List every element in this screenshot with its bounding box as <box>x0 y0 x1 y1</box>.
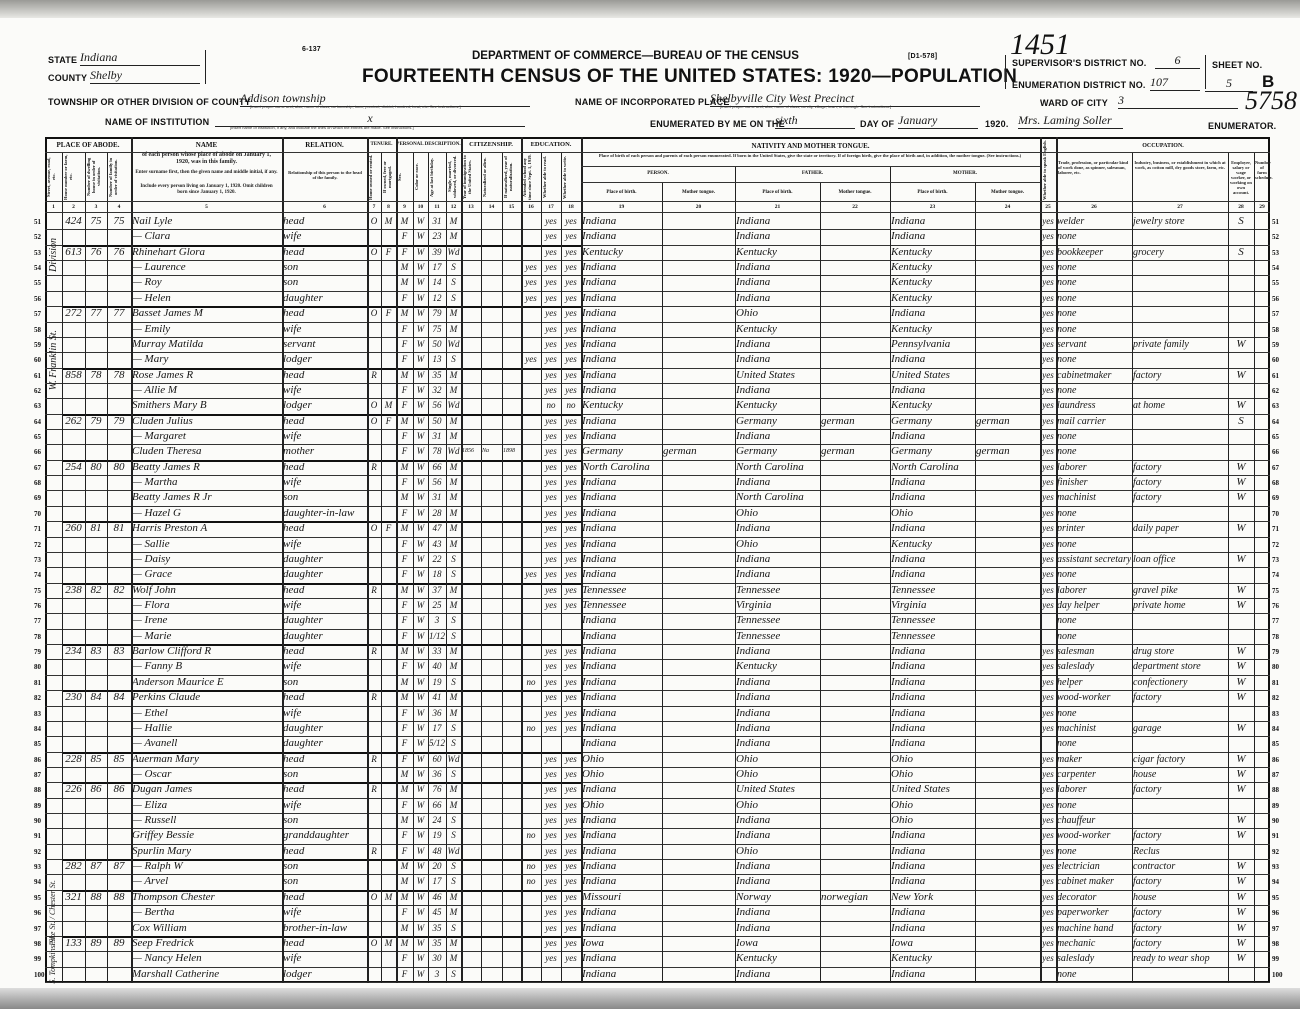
cell-own: R <box>368 782 380 797</box>
cell-read: yes <box>542 537 560 552</box>
header-rule <box>45 201 1270 202</box>
line-number: 98 <box>34 940 41 948</box>
cell-ms: M <box>447 905 460 920</box>
cell-mpob: Ohio <box>891 752 974 767</box>
cell-dw: 77 <box>86 306 106 321</box>
line-number-right: 93 <box>1272 863 1279 871</box>
cell-trade: none <box>1057 537 1131 552</box>
cell-mpob: Ohio <box>891 506 974 521</box>
street-annotation: W. Franklin St. <box>48 330 59 390</box>
cell-race: W <box>414 706 427 721</box>
cell-house: 321 <box>63 890 84 905</box>
cell-sex: F <box>397 537 412 552</box>
cell-emp: W <box>1229 752 1253 767</box>
cell-eng: yes <box>1041 644 1055 659</box>
cell-write: yes <box>562 306 580 321</box>
cell-fpob: Indiana <box>736 521 819 536</box>
group-relation: RELATION. <box>282 141 367 149</box>
sub-column-header: Naturalized or alien. <box>482 154 501 200</box>
line-number: 93 <box>34 863 41 871</box>
cell-name: Dugan James <box>132 782 281 797</box>
father-mt-header: Mother tongue. <box>820 189 890 197</box>
cell-rel: mother <box>283 444 366 459</box>
cell-emp: W <box>1229 460 1253 475</box>
cell-eng: yes <box>1041 859 1055 874</box>
line-number-right: 68 <box>1272 479 1279 487</box>
sheet-label: SHEET NO. <box>1212 60 1262 70</box>
line-number: 66 <box>34 448 41 456</box>
cell-sex: F <box>397 444 412 459</box>
cell-mort: F <box>382 306 395 321</box>
cell-pob: Indiana <box>582 567 661 582</box>
cell-sex: F <box>397 706 412 721</box>
cell-read: yes <box>542 521 560 536</box>
cell-sex: F <box>397 752 412 767</box>
cell-rel: son <box>283 874 366 889</box>
cell-fpob: Tennessee <box>736 613 819 628</box>
cell-trade: salesman <box>1057 644 1131 659</box>
line-number: 92 <box>34 848 41 856</box>
cell-sch: no <box>522 675 540 690</box>
cell-ms: Wd <box>447 752 460 767</box>
cell-fam: 87 <box>108 859 130 874</box>
cell-sex: F <box>397 951 412 966</box>
cell-mpob: Tennessee <box>891 583 974 598</box>
cell-rel: daughter-in-law <box>283 506 366 521</box>
cell-emp: W <box>1229 921 1253 936</box>
line-number-right: 99 <box>1272 955 1279 963</box>
cell-ms: M <box>447 475 460 490</box>
institution-label: NAME OF INSTITUTION <box>105 117 209 127</box>
cell-name: — Bertha <box>132 905 281 920</box>
cell-mort: F <box>382 414 395 429</box>
cell-pob: Ohio <box>582 798 661 813</box>
cell-trade: none <box>1057 322 1131 337</box>
industry-header: Industry, business, or establishment in … <box>1134 160 1226 170</box>
person-mt-header: Mother tongue. <box>662 189 735 197</box>
column-number: 2 <box>62 204 85 210</box>
cell-mpob: Ohio <box>891 767 974 782</box>
cell-eng: yes <box>1041 383 1055 398</box>
cell-write: yes <box>562 798 580 813</box>
cell-read: yes <box>542 337 560 352</box>
line-number: 74 <box>34 571 41 579</box>
cell-sex: M <box>397 782 412 797</box>
cell-mpob: Indiana <box>891 690 974 705</box>
line-number: 99 <box>34 955 41 963</box>
line-number-right: 100 <box>1272 971 1283 979</box>
cell-write: yes <box>562 644 580 659</box>
cell-sex: M <box>397 275 412 290</box>
cell-mpob: Indiana <box>891 214 974 229</box>
cell-ms: Wd <box>447 398 460 413</box>
cell-rel: head <box>283 890 366 905</box>
cell-own: O <box>368 521 380 536</box>
cell-emp: S <box>1229 214 1253 229</box>
cell-write: yes <box>562 521 580 536</box>
stamp-number: 5758 <box>1245 86 1297 116</box>
cell-fpob: Germany <box>736 414 819 429</box>
cell-ms: M <box>447 214 460 229</box>
cell-eng: yes <box>1041 782 1055 797</box>
header-rule <box>581 182 1040 183</box>
cell-name: Barlow Clifford R <box>132 644 281 659</box>
cell-rel: brother-in-law <box>283 921 366 936</box>
cell-trade: none <box>1057 567 1131 582</box>
cell-write: yes <box>562 552 580 567</box>
cell-race: W <box>414 229 427 244</box>
line-number-right: 57 <box>1272 310 1279 318</box>
cell-pob: Indiana <box>582 736 661 751</box>
cell-mpob: United States <box>891 368 974 383</box>
cell-age: 35 <box>429 368 445 383</box>
cell-ms: S <box>447 552 460 567</box>
cell-mpob: Tennessee <box>891 629 974 644</box>
cell-ms: M <box>447 414 460 429</box>
line-number-right: 69 <box>1272 494 1279 502</box>
cell-mpob: Kentucky <box>891 322 974 337</box>
cell-age: 23 <box>429 229 445 244</box>
cell-write: yes <box>562 475 580 490</box>
cell-house: 230 <box>63 690 84 705</box>
cell-sex: M <box>397 460 412 475</box>
cell-rel: son <box>283 859 366 874</box>
cell-age: 66 <box>429 798 445 813</box>
line-number: 72 <box>34 541 41 549</box>
cell-trade: carpenter <box>1057 767 1131 782</box>
cell-house: 613 <box>63 245 84 260</box>
line-number-right: 56 <box>1272 295 1279 303</box>
cell-read: yes <box>542 383 560 398</box>
cell-mort: F <box>382 521 395 536</box>
cell-write: yes <box>562 429 580 444</box>
cell-mpob: Indiana <box>891 552 974 567</box>
line-number: 76 <box>34 602 41 610</box>
line-number-right: 59 <box>1272 341 1279 349</box>
cell-age: 32 <box>429 383 445 398</box>
cell-ms: M <box>447 951 460 966</box>
cell-age: 76 <box>429 782 445 797</box>
cell-name: — Marie <box>132 629 281 644</box>
cell-house: 254 <box>63 460 84 475</box>
cell-emp: W <box>1229 951 1253 966</box>
cell-race: W <box>414 567 427 582</box>
cell-race: W <box>414 552 427 567</box>
cell-emp: W <box>1229 659 1253 674</box>
mother-mt-header: Mother tongue. <box>975 189 1040 197</box>
cell-ind: factory <box>1133 936 1227 951</box>
column-number: 9 <box>396 204 413 210</box>
line-number: 82 <box>34 694 41 702</box>
cell-sex: F <box>397 398 412 413</box>
line-number-right: 92 <box>1272 848 1279 856</box>
cell-name: — Helen <box>132 291 281 306</box>
cell-pob: Indiana <box>582 322 661 337</box>
line-number-right: 88 <box>1272 786 1279 794</box>
cell-fpob: Indiana <box>736 675 819 690</box>
cell-name: — Ralph W <box>132 859 281 874</box>
cell-eng: yes <box>1041 844 1055 859</box>
column-rule <box>561 152 562 983</box>
cell-ms: M <box>447 782 460 797</box>
line-number: 87 <box>34 771 41 779</box>
cell-ind: factory <box>1133 475 1227 490</box>
line-number: 90 <box>34 817 41 825</box>
cell-read: yes <box>542 429 560 444</box>
cell-rel: head <box>283 644 366 659</box>
cell-emp: W <box>1229 583 1253 598</box>
cell-name: — Irene <box>132 613 281 628</box>
cell-sex: M <box>397 874 412 889</box>
cell-name: Marshall Catherine <box>132 967 281 982</box>
cell-race: W <box>414 629 427 644</box>
sub-column-header: Street, avenue, road, etc. <box>46 154 61 200</box>
cell-age: 24 <box>429 813 445 828</box>
cell-eng: yes <box>1041 675 1055 690</box>
cell-read: yes <box>542 368 560 383</box>
column-rule <box>1132 152 1133 983</box>
cell-mpob: Germany <box>891 444 974 459</box>
cell-read: no <box>542 398 560 413</box>
cell-read: yes <box>542 260 560 275</box>
sub-column-header: Color or race. <box>414 154 427 200</box>
cell-name: — Sallie <box>132 537 281 552</box>
line-number: 79 <box>34 648 41 656</box>
line-number-right: 79 <box>1272 648 1279 656</box>
cell-read: yes <box>542 675 560 690</box>
column-rule <box>481 152 482 983</box>
column-number: 26 <box>1056 204 1132 210</box>
column-number: 4 <box>107 204 131 210</box>
cell-mpob: Indiana <box>891 475 974 490</box>
cell-age: 31 <box>429 429 445 444</box>
cell-dw: 87 <box>86 859 106 874</box>
column-rule <box>521 137 523 983</box>
census-title: FOURTEENTH CENSUS OF THE UNITED STATES: … <box>362 66 1017 88</box>
cell-age: 14 <box>429 275 445 290</box>
cell-ind: grocery <box>1133 245 1227 260</box>
cell-fpob: Indiana <box>736 475 819 490</box>
cell-eng: yes <box>1041 921 1055 936</box>
cell-fpob: Tennessee <box>736 629 819 644</box>
cell-sex: M <box>397 260 412 275</box>
line-number: 63 <box>34 402 41 410</box>
line-number: 91 <box>34 832 41 840</box>
cell-own: O <box>368 936 380 951</box>
line-number-right: 60 <box>1272 356 1279 364</box>
cell-race: W <box>414 675 427 690</box>
cell-age: 37 <box>429 583 445 598</box>
cell-emp: W <box>1229 490 1253 505</box>
line-number-right: 52 <box>1272 233 1279 241</box>
cell-trade: welder <box>1057 214 1131 229</box>
line-number: 64 <box>34 418 41 426</box>
day-of-label: DAY OF <box>860 119 894 129</box>
cell-house: 133 <box>63 936 84 951</box>
cell-trade: day helper <box>1057 598 1131 613</box>
cell-sch: no <box>522 859 540 874</box>
cell-fpob: Indiana <box>736 721 819 736</box>
cell-own: O <box>368 414 380 429</box>
column-number: 6 <box>282 204 367 210</box>
cell-eng: yes <box>1041 567 1055 582</box>
cell-age: 60 <box>429 752 445 767</box>
cell-name: Nail Lyle <box>132 214 281 229</box>
cell-write: yes <box>562 567 580 582</box>
person-pob-header: Place of birth. <box>581 189 662 197</box>
cell-mmt: german <box>976 414 1039 429</box>
line-number-right: 62 <box>1272 387 1279 395</box>
cell-ms: S <box>447 629 460 644</box>
cell-sex: M <box>397 890 412 905</box>
cell-age: 79 <box>429 306 445 321</box>
line-number-right: 70 <box>1272 510 1279 518</box>
cell-age: 41 <box>429 690 445 705</box>
cell-read: yes <box>542 936 560 951</box>
cell-sch: yes <box>522 275 540 290</box>
cell-pob: Indiana <box>582 921 661 936</box>
cell-race: W <box>414 859 427 874</box>
cell-race: W <box>414 583 427 598</box>
line-number: 78 <box>34 633 41 641</box>
cell-eng: yes <box>1041 229 1055 244</box>
cell-name: Auerman Mary <box>132 752 281 767</box>
cell-sex: M <box>397 521 412 536</box>
cell-trade: laborer <box>1057 782 1131 797</box>
column-rule <box>413 152 414 983</box>
cell-fam: 79 <box>108 414 130 429</box>
incorporated-note: [Insert proper name and, also, name of c… <box>720 104 891 109</box>
cell-sex: M <box>397 767 412 782</box>
line-number-right: 80 <box>1272 663 1279 671</box>
cell-race: W <box>414 752 427 767</box>
cell-ms: S <box>447 675 460 690</box>
cell-house: 260 <box>63 521 84 536</box>
cell-race: W <box>414 598 427 613</box>
line-number-right: 63 <box>1272 402 1279 410</box>
group-personal: PERSONAL DESCRIPTION. <box>396 141 461 149</box>
cell-trade: bookkeeper <box>1057 245 1131 260</box>
sub-column-header: Number of family in order of visitation. <box>108 154 130 200</box>
cell-fpob: Indiana <box>736 644 819 659</box>
cell-mpob: Indiana <box>891 306 974 321</box>
cell-ms: M <box>447 521 460 536</box>
cell-nat: Na <box>482 444 501 459</box>
column-rule <box>502 152 503 983</box>
cell-read: yes <box>542 214 560 229</box>
cell-rel: daughter <box>283 552 366 567</box>
cell-fam: 84 <box>108 690 130 705</box>
cell-own: O <box>368 214 380 229</box>
cell-read: yes <box>542 706 560 721</box>
cell-house: 262 <box>63 414 84 429</box>
cell-write: yes <box>562 813 580 828</box>
cell-sex: F <box>397 506 412 521</box>
line-number-right: 83 <box>1272 710 1279 718</box>
cell-sex: F <box>397 629 412 644</box>
farm-schedule-header: Number of farm schedule. <box>1255 160 1269 180</box>
line-number-right: 51 <box>1272 218 1279 226</box>
cell-mpob: Virginia <box>891 598 974 613</box>
name-instructions-2: Enter surname first, then the given name… <box>135 170 278 176</box>
cell-emp: W <box>1229 690 1253 705</box>
cell-trade: helper <box>1057 675 1131 690</box>
line-number: 68 <box>34 479 41 487</box>
cell-mpob: Kentucky <box>891 537 974 552</box>
street-annotation: Division <box>48 238 59 272</box>
cell-write: yes <box>562 706 580 721</box>
line-number-right: 98 <box>1272 940 1279 948</box>
cell-race: W <box>414 690 427 705</box>
cell-pob: Kentucky <box>582 245 661 260</box>
cell-name: — Daisy <box>132 552 281 567</box>
cell-write: yes <box>562 322 580 337</box>
cell-fpob: Ohio <box>736 306 819 321</box>
cell-sex: F <box>397 383 412 398</box>
cell-read: yes <box>542 828 560 843</box>
enumerated-label: ENUMERATED BY ME ON THE <box>650 119 785 129</box>
cell-mpob: Indiana <box>891 229 974 244</box>
cell-write: yes <box>562 951 580 966</box>
cell-write: yes <box>562 767 580 782</box>
sub-column-header: Sex. <box>397 154 412 200</box>
cell-eng: yes <box>1041 352 1055 367</box>
cell-name: Griffey Bessie <box>132 828 281 843</box>
cell-trade: laborer <box>1057 460 1131 475</box>
cell-name: Thompson Chester <box>132 890 281 905</box>
column-number: 29 <box>1254 204 1270 210</box>
cell-read: yes <box>542 905 560 920</box>
cell-sex: F <box>397 736 412 751</box>
column-rule <box>396 137 398 983</box>
cell-rel: son <box>283 675 366 690</box>
line-number: 85 <box>34 740 41 748</box>
cell-write: no <box>562 398 580 413</box>
cell-dw: 86 <box>86 782 106 797</box>
cell-house: 234 <box>63 644 84 659</box>
cell-emp: W <box>1229 398 1253 413</box>
cell-eng: yes <box>1041 368 1055 383</box>
cell-ms: M <box>447 429 460 444</box>
cell-emp: W <box>1229 813 1253 828</box>
enumerator-label: ENUMERATOR. <box>1208 121 1276 131</box>
cell-house: 282 <box>63 859 84 874</box>
cell-mpob: United States <box>891 782 974 797</box>
cell-dw: 80 <box>86 460 106 475</box>
cell-own: R <box>368 368 380 383</box>
cell-pob: Indiana <box>582 813 661 828</box>
cell-fpob: Indiana <box>736 567 819 582</box>
cell-name: — Nancy Helen <box>132 951 281 966</box>
cell-write: yes <box>562 752 580 767</box>
cell-ms: M <box>447 506 460 521</box>
cell-trade: assistant secretary <box>1057 552 1131 567</box>
column-number: 28 <box>1228 204 1254 210</box>
cell-eng: yes <box>1041 245 1055 260</box>
cell-ind: contractor <box>1133 859 1227 874</box>
cell-trade: none <box>1057 352 1131 367</box>
cell-write: yes <box>562 352 580 367</box>
cell-write: yes <box>562 721 580 736</box>
cell-ind: factory <box>1133 921 1227 936</box>
cell-eng: yes <box>1041 506 1055 521</box>
cell-rel: head <box>283 368 366 383</box>
cell-write: yes <box>562 859 580 874</box>
cell-rel: daughter <box>283 291 366 306</box>
cell-name: — Fanny B <box>132 659 281 674</box>
cell-eng: yes <box>1041 275 1055 290</box>
cell-ind: house <box>1133 767 1227 782</box>
